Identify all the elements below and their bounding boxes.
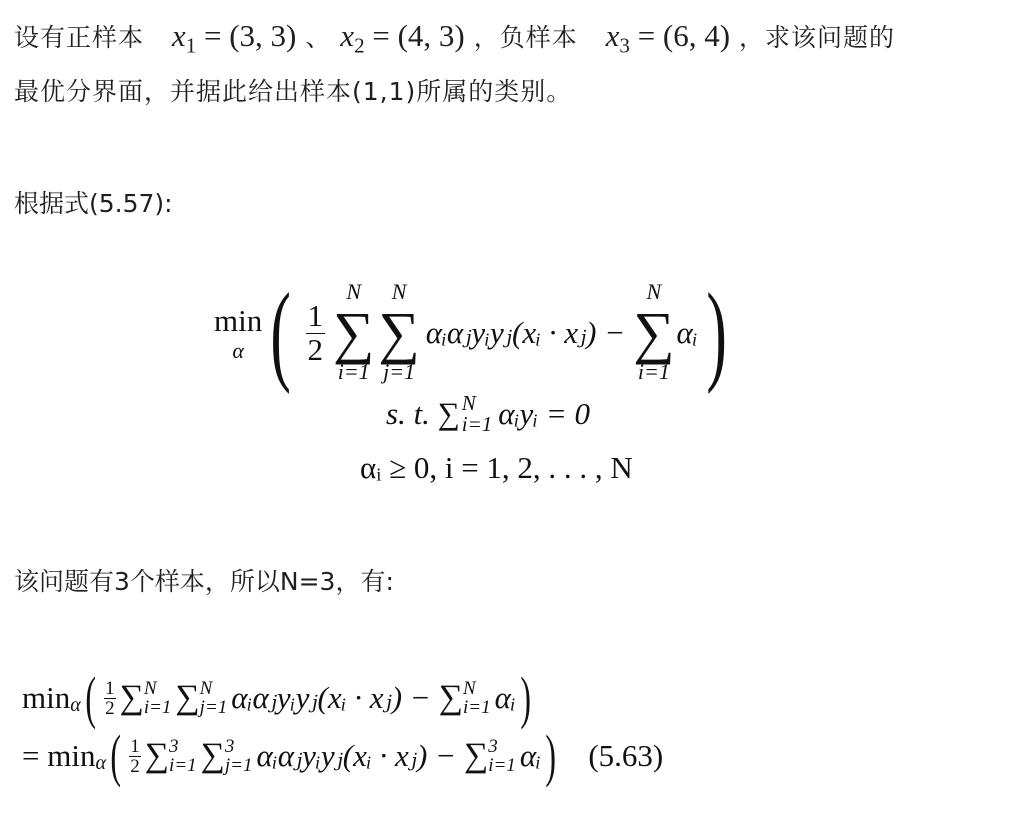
sum-j: N ∑ j=1 <box>378 281 419 384</box>
math-x1: x1 = (3, 3) <box>172 18 296 53</box>
sum-alpha: N ∑ i=1 <box>633 281 674 384</box>
left-paren: ( <box>271 277 292 389</box>
negative-sample-label: ，负样本 <box>474 23 578 52</box>
min-operator: min α <box>214 305 262 362</box>
statement-text: 该问题有3个样本，所以N=3，有: <box>14 554 394 610</box>
sum-i: N ∑ i=1 <box>333 281 374 384</box>
summand: αᵢαⱼyᵢyⱼ(xᵢ · xⱼ) − <box>426 315 625 351</box>
equation-number: (5.63) <box>588 738 663 774</box>
math-x3: x3 = (6, 4) <box>606 18 730 53</box>
separator: 、 <box>305 23 331 52</box>
formula-5-57: min α ( 1 2 N ∑ i=1 N ∑ j=1 αᵢαⱼyᵢyⱼ(xᵢ … <box>0 278 1022 388</box>
problem-prefix: 设有正样本 <box>14 23 144 52</box>
right-paren: ) <box>706 277 727 389</box>
reference-text: 根据式(5.57): <box>14 176 173 232</box>
fraction-half: 1 2 <box>306 300 326 366</box>
problem-suffix: ，求该问题的 <box>739 23 895 52</box>
alpha-i: αᵢ <box>677 315 698 351</box>
problem-line-2: 最优分界面，并据此给出样本(1,1)所属的类别。 <box>14 64 572 120</box>
math-x2: x2 = (4, 3) <box>340 18 464 53</box>
